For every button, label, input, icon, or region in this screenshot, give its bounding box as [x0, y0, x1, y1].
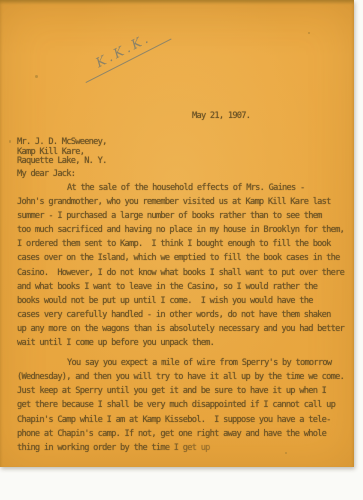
text-line: Chapin's Camp while I am at Kamp Kissebo… — [17, 413, 351, 427]
text-line: Just keep at Sperry until you get it and… — [17, 384, 351, 398]
text-line: and what books I want to leave in the Ca… — [17, 280, 351, 294]
text-line: too much sacrificed and having no place … — [17, 223, 351, 237]
paper-speck — [285, 452, 287, 454]
text-line: phone at Chapin's camp. If not, get one … — [17, 427, 351, 441]
text-line: up any more on the wagons than is absolu… — [17, 322, 351, 336]
text-line: Casino. However, I do not know what book… — [17, 266, 351, 280]
salutation: My dear Jack: — [17, 169, 75, 179]
paper-speck — [9, 140, 11, 143]
handwritten-initials: K.K.K. — [77, 22, 171, 83]
text-line: You say you expect a mile of wire from S… — [17, 356, 351, 370]
letter-page: K.K.K. May 21, 1907. Mr. J. D. McSweeney… — [0, 0, 354, 467]
text-line: get there because I shall be very much d… — [17, 398, 351, 412]
text-line: cases over on the Island, which we empti… — [17, 251, 351, 265]
handwritten-initials-text: K.K.K. — [94, 31, 154, 71]
recipient-address: Mr. J. D. McSweeney,Kamp Kill Kare,Raque… — [17, 138, 107, 167]
body-paragraph-1: At the sale of the household effects of … — [17, 181, 351, 350]
letter-date: May 21, 1907. — [192, 111, 250, 121]
text-line: wait until I come up before you unpack t… — [17, 336, 351, 350]
text-line: books would not be put up until I come. … — [17, 294, 351, 308]
text-line: cases very carefully handled - in other … — [17, 308, 351, 322]
body-paragraph-2: You say you expect a mile of wire from S… — [17, 356, 351, 455]
text-line: summer - I purchased a large number of b… — [17, 209, 351, 223]
text-line: I ordered them sent to Kamp. I think I b… — [17, 237, 351, 251]
text-line: thing in working order by the time I get… — [17, 441, 351, 455]
text-line: (Wednesday), and then you will try to ha… — [17, 370, 351, 384]
text-line: John's grandmother, who you remember vis… — [17, 195, 351, 209]
letter-body: At the sale of the household effects of … — [17, 181, 351, 455]
text-line: Raquette Lake, N. Y. — [17, 157, 107, 167]
paper-speck — [308, 32, 310, 34]
text-line: At the sale of the household effects of … — [17, 181, 351, 195]
paper-speck — [35, 75, 38, 78]
